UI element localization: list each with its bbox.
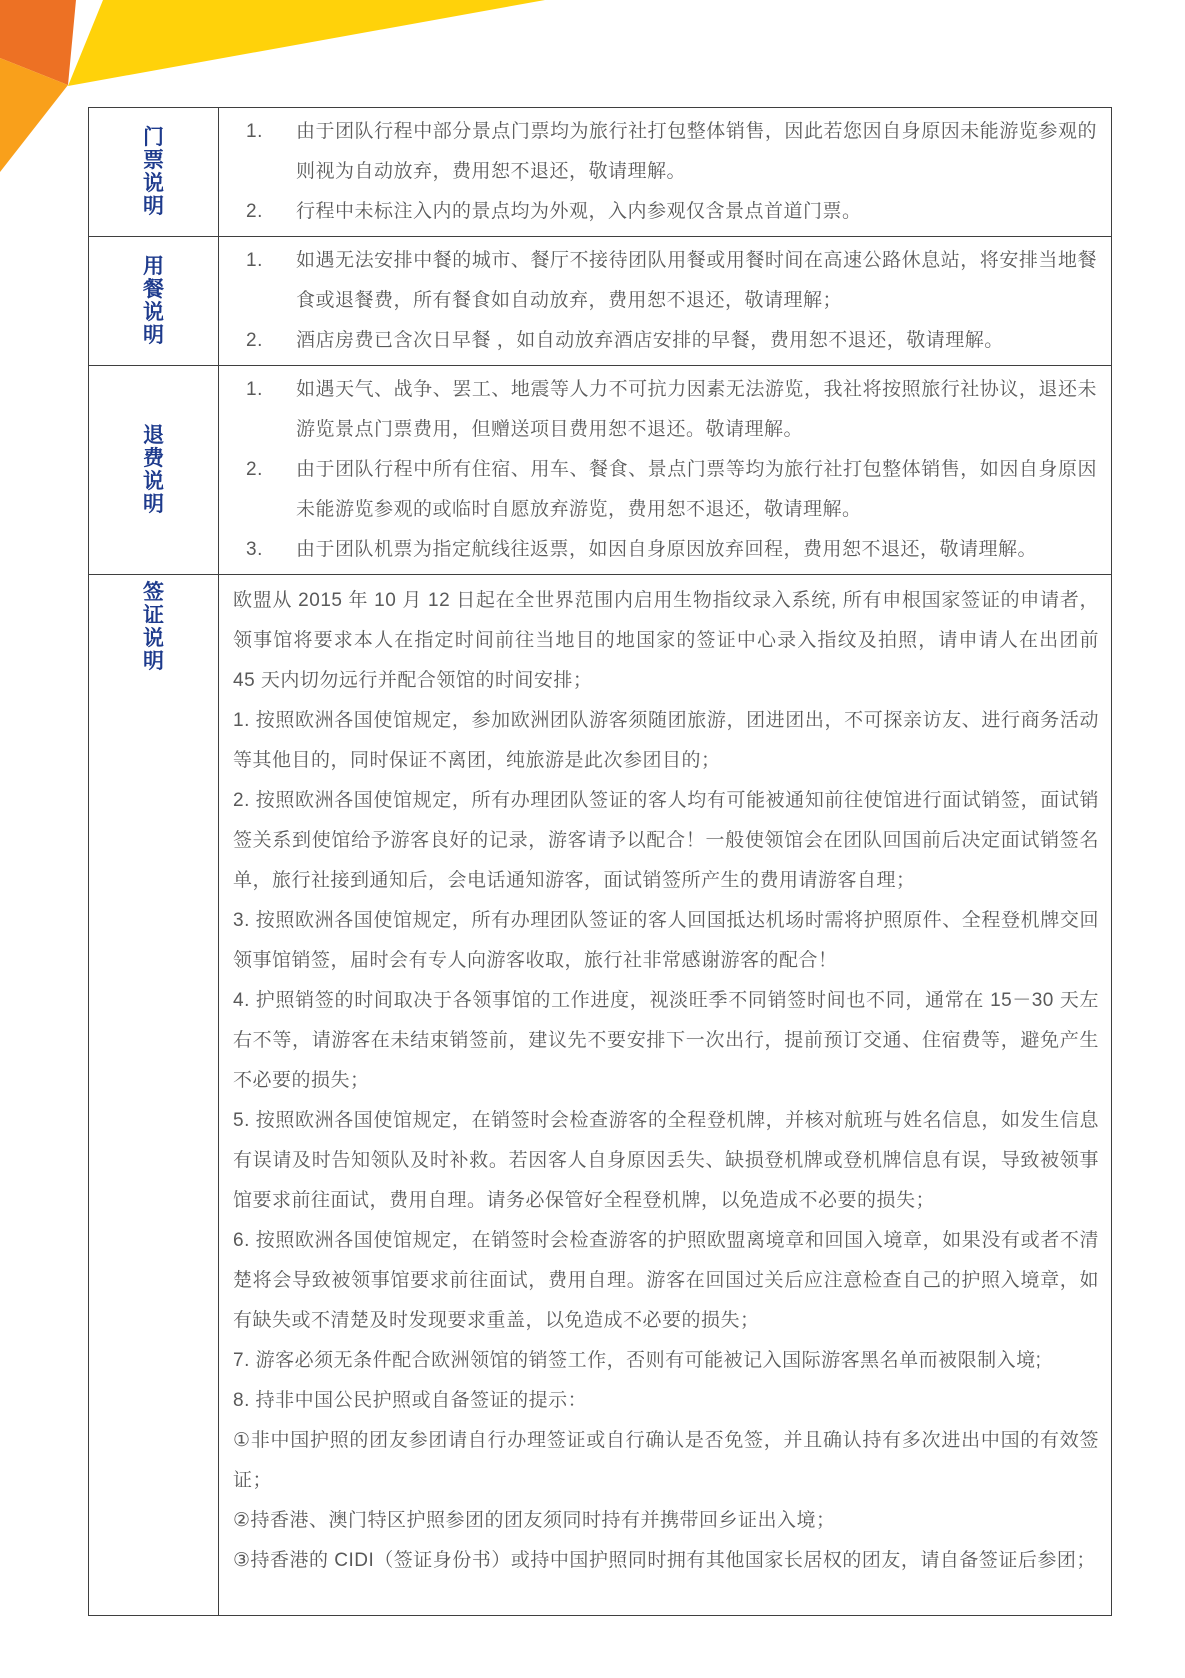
list-item-number: 2.	[246, 192, 296, 232]
section-header-cell: 用餐说明	[89, 237, 219, 365]
travel-notice-table: 门票说明 1. 由于团队行程中部分景点门票均为旅行社打包整体销售，因此若您因自身…	[88, 107, 1112, 1616]
list-item-text: 酒店房费已含次日早餐 ，如自动放弃酒店安排的早餐，费用恕不退还，敬请理解。	[296, 321, 1097, 361]
paragraph: ③持香港的 CIDI（签证身份书）或持中国护照同时拥有其他国家长居权的团友，请自…	[233, 1541, 1099, 1581]
paragraph: 欧盟从 2015 年 10 月 12 日起在全世界范围内启用生物指纹录入系统, …	[233, 581, 1099, 701]
paragraph: 2. 按照欧洲各国使馆规定，所有办理团队签证的客人均有可能被通知前往使馆进行面试…	[233, 781, 1099, 901]
section-content-cell: 1. 如遇无法安排中餐的城市、餐厅不接待团队用餐或用餐时间在高速公路休息站，将安…	[219, 237, 1111, 365]
list-item-number: 3.	[246, 530, 296, 570]
document-page: 门票说明 1. 由于团队行程中部分景点门票均为旅行社打包整体销售，因此若您因自身…	[0, 0, 1185, 1678]
list-item: 1. 由于团队行程中部分景点门票均为旅行社打包整体销售，因此若您因自身原因未能游…	[246, 112, 1097, 192]
yellow-ribbon-shape	[68, 0, 545, 86]
section-visa-notes: 签证说明 欧盟从 2015 年 10 月 12 日起在全世界范围内启用生物指纹录…	[89, 574, 1111, 1615]
section-content-cell: 1. 由于团队行程中部分景点门票均为旅行社打包整体销售，因此若您因自身原因未能游…	[219, 108, 1111, 236]
section-title: 退费说明	[141, 424, 165, 516]
list-item: 1. 如遇天气、战争、罢工、地震等人力不可抗力因素无法游览，我社将按照旅行社协议…	[246, 370, 1097, 450]
list-item: 3. 由于团队机票为指定航线往返票，如因自身原因放弃回程，费用恕不退还，敬请理解…	[246, 530, 1097, 570]
section-dining-notes: 用餐说明 1. 如遇无法安排中餐的城市、餐厅不接待团队用餐或用餐时间在高速公路休…	[89, 236, 1111, 365]
list-item: 2. 行程中未标注入内的景点均为外观，入内参观仅含景点首道门票。	[246, 192, 1097, 232]
paragraph: 1. 按照欧洲各国使馆规定，参加欧洲团队游客须随团旅游，团进团出，不可探亲访友、…	[233, 701, 1099, 781]
section-refund-notes: 退费说明 1. 如遇天气、战争、罢工、地震等人力不可抗力因素无法游览，我社将按照…	[89, 365, 1111, 574]
list-item-number: 2.	[246, 450, 296, 490]
list-item-text: 由于团队行程中所有住宿、用车、餐食、景点门票等均为旅行社打包整体销售，如因自身原…	[296, 450, 1097, 530]
paragraph: 4. 护照销签的时间取决于各领事馆的工作进度，视淡旺季不同销签时间也不同，通常在…	[233, 981, 1099, 1101]
paragraph: 7. 游客必须无条件配合欧洲领馆的销签工作，否则有可能被记入国际游客黑名单而被限…	[233, 1341, 1099, 1381]
section-content-cell: 1. 如遇天气、战争、罢工、地震等人力不可抗力因素无法游览，我社将按照旅行社协议…	[219, 366, 1111, 574]
paragraph: 6. 按照欧洲各国使馆规定，在销签时会检查游客的护照欧盟离境章和回国入境章，如果…	[233, 1221, 1099, 1341]
list-item-number: 1.	[246, 112, 296, 152]
section-header-cell: 门票说明	[89, 108, 219, 236]
section-title: 用餐说明	[141, 255, 165, 347]
section-header-cell: 退费说明	[89, 366, 219, 574]
list-item-text: 由于团队机票为指定航线往返票，如因自身原因放弃回程，费用恕不退还，敬请理解。	[296, 530, 1097, 570]
list-item: 1. 如遇无法安排中餐的城市、餐厅不接待团队用餐或用餐时间在高速公路休息站，将安…	[246, 241, 1097, 321]
section-ticket-notes: 门票说明 1. 由于团队行程中部分景点门票均为旅行社打包整体销售，因此若您因自身…	[89, 108, 1111, 236]
paragraph: 3. 按照欧洲各国使馆规定，所有办理团队签证的客人回国抵达机场时需将护照原件、全…	[233, 901, 1099, 981]
list-item-number: 1.	[246, 370, 296, 410]
section-title: 门票说明	[141, 126, 165, 218]
paragraph: 8. 持非中国公民护照或自备签证的提示：	[233, 1381, 1099, 1421]
list-item-text: 如遇无法安排中餐的城市、餐厅不接待团队用餐或用餐时间在高速公路休息站，将安排当地…	[296, 241, 1097, 321]
list-item-number: 1.	[246, 241, 296, 281]
section-header-cell: 签证说明	[89, 575, 219, 1615]
list-item-text: 行程中未标注入内的景点均为外观，入内参观仅含景点首道门票。	[296, 192, 1097, 232]
paragraph: 5. 按照欧洲各国使馆规定，在销签时会检查游客的全程登机牌，并核对航班与姓名信息…	[233, 1101, 1099, 1221]
list-item: 2. 酒店房费已含次日早餐 ，如自动放弃酒店安排的早餐，费用恕不退还，敬请理解。	[246, 321, 1097, 361]
list-item: 2. 由于团队行程中所有住宿、用车、餐食、景点门票等均为旅行社打包整体销售，如因…	[246, 450, 1097, 530]
section-content-cell: 欧盟从 2015 年 10 月 12 日起在全世界范围内启用生物指纹录入系统, …	[219, 575, 1111, 1615]
section-title: 签证说明	[141, 581, 165, 673]
paragraph: ②持香港、澳门特区护照参团的团友须同时持有并携带回乡证出入境；	[233, 1501, 1099, 1541]
list-item-text: 如遇天气、战争、罢工、地震等人力不可抗力因素无法游览，我社将按照旅行社协议，退还…	[296, 370, 1097, 450]
paragraph: ①非中国护照的团友参团请自行办理签证或自行确认是否免签，并且确认持有多次进出中国…	[233, 1421, 1099, 1501]
list-item-text: 由于团队行程中部分景点门票均为旅行社打包整体销售，因此若您因自身原因未能游览参观…	[296, 112, 1097, 192]
list-item-number: 2.	[246, 321, 296, 361]
